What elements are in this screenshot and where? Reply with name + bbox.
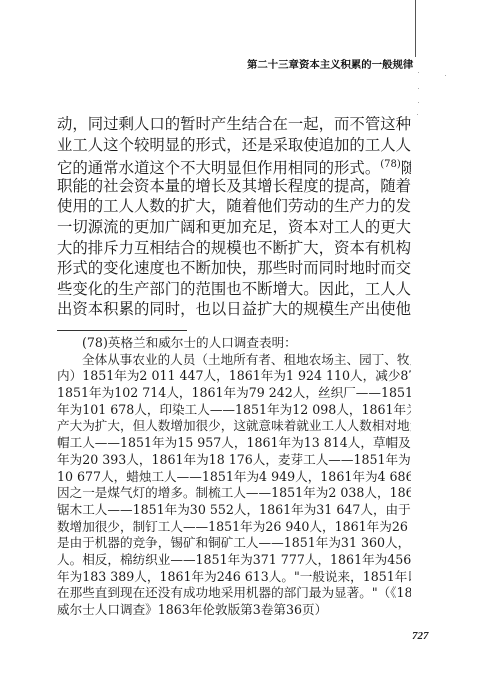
footnote-line: 数增加很少，制钉工人——1851年为26 940人，1861年为26 130人，… (57, 519, 411, 536)
footnote-line: 1851年为102 714人，1861年为79 242人，丝织厂——1851年为… (57, 385, 411, 402)
footnote-line: 10 677人，蜡烛工人——1851年为4 949人，1861年为4 686人，… (57, 469, 411, 486)
footnote-line: 年为101 678人，印染工人——1851年为12 098人，1861年为12 … (57, 402, 411, 419)
footnote-line: 年为20 393人，1861年为18 176人，麦芽工人——1851年为10 5… (57, 452, 411, 469)
running-header: 第二十三章 资本主义积累的一般规律 (247, 57, 411, 73)
text-line: 些变化的生产部门的范围也不断增大。因此，工人人口本身在生产 (57, 279, 411, 300)
footnote-line: 威尔士人口调查》1863年伦敦版第3卷第36页） (57, 602, 411, 619)
text-line: 职能的社会资本量的增长及其增长程度的提高，随着生产规模和所 (57, 176, 411, 197)
main-text: 动，同过剩人口的暂时产生结合在一起，而不管这种产生采取排斥就 业工人这个较明显的… (57, 114, 411, 320)
footnote-line: 全体从事农业的人员（土地所有者、租地农场主、园丁、牧人等等都包括在 (57, 352, 411, 369)
text-fragment: 它的通常水道这个不大明显但作用相同的形式。 (57, 159, 380, 176)
footnote-line: 因之一是煤气灯的增多。制梳工人——1851年为2 038人，1861年为1 47… (57, 485, 411, 502)
text-line: 一切源流的更加广阔和更加充足，资本对工人的更大的吸引力和更 (57, 217, 411, 238)
footnote-line: 在那些直到现在还没有成功地采用机器的部门最为显著。"（《1861年英格兰和 (57, 585, 411, 602)
chapter-number: 第二十三章 (247, 57, 299, 73)
page-number: 727 (412, 630, 429, 642)
footnote-line: 帽工人——1851年为15 957人，1861年为13 814人，草帽及便帽工人… (57, 435, 411, 452)
footnote-line: 锯木工人——1851年为30 552人，1861年为31 647人，由于锯木机的… (57, 502, 411, 519)
text-line: 形式的变化速度也不断加快，那些时而同时地时而交替地被卷人这 (57, 258, 411, 279)
footnote-line: 是由于机器的竞争，锡矿和铜矿工人——1851年为31 360人，1861年为32… (57, 535, 411, 552)
footnote-line: 产大为扩大，但人数增加很少，这就意味着就业工人人数相对地大为减少，制 (57, 418, 411, 435)
text-fragment: 随着已经执行 (401, 159, 411, 176)
footnote-separator (57, 330, 187, 331)
text-line: 出资本积累的同时，也以日益扩大的规模生产出使他们自身成为相 (57, 299, 411, 320)
chapter-title: 资本主义积累的一般规律 (299, 57, 413, 73)
footnote-block: (78)英格兰和威尔士的人口调查表明： 全体从事农业的人员（土地所有者、租地农场… (57, 335, 411, 619)
text-line: 业工人这个较明显的形式，还是采取使追加的工人人口难于被吸人 (57, 135, 411, 156)
footnote-reference[interactable]: (78) (380, 159, 401, 170)
footnote-line: 内）1851年为2 011 447人，1861年为1 924 110人，减少87… (57, 368, 411, 385)
text-line: 大的排斥力互相结合的规模也不断扩大，资本有机构成和资本技术 (57, 238, 411, 259)
footnote-line: 年为183 389人，1861年为246 613人。"一般说来，1851年以来，… (57, 569, 411, 586)
text-line: 使用的工人人数的扩大，随着他们劳动的生产力的发展，随着财富的 (57, 196, 411, 217)
footnote-line: 人。相反，棉纺织业——1851年为371 777人，1861年为456 646人… (57, 552, 411, 569)
text-line: 动，同过剩人口的暂时产生结合在一起，而不管这种产生采取排斥就 (57, 114, 411, 135)
footnote-line: (78)英格兰和威尔士的人口调查表明： (57, 335, 411, 352)
scan-edge-line (415, 0, 416, 57)
text-line: 它的通常水道这个不大明显但作用相同的形式。(78)随着已经执行 (57, 155, 411, 176)
